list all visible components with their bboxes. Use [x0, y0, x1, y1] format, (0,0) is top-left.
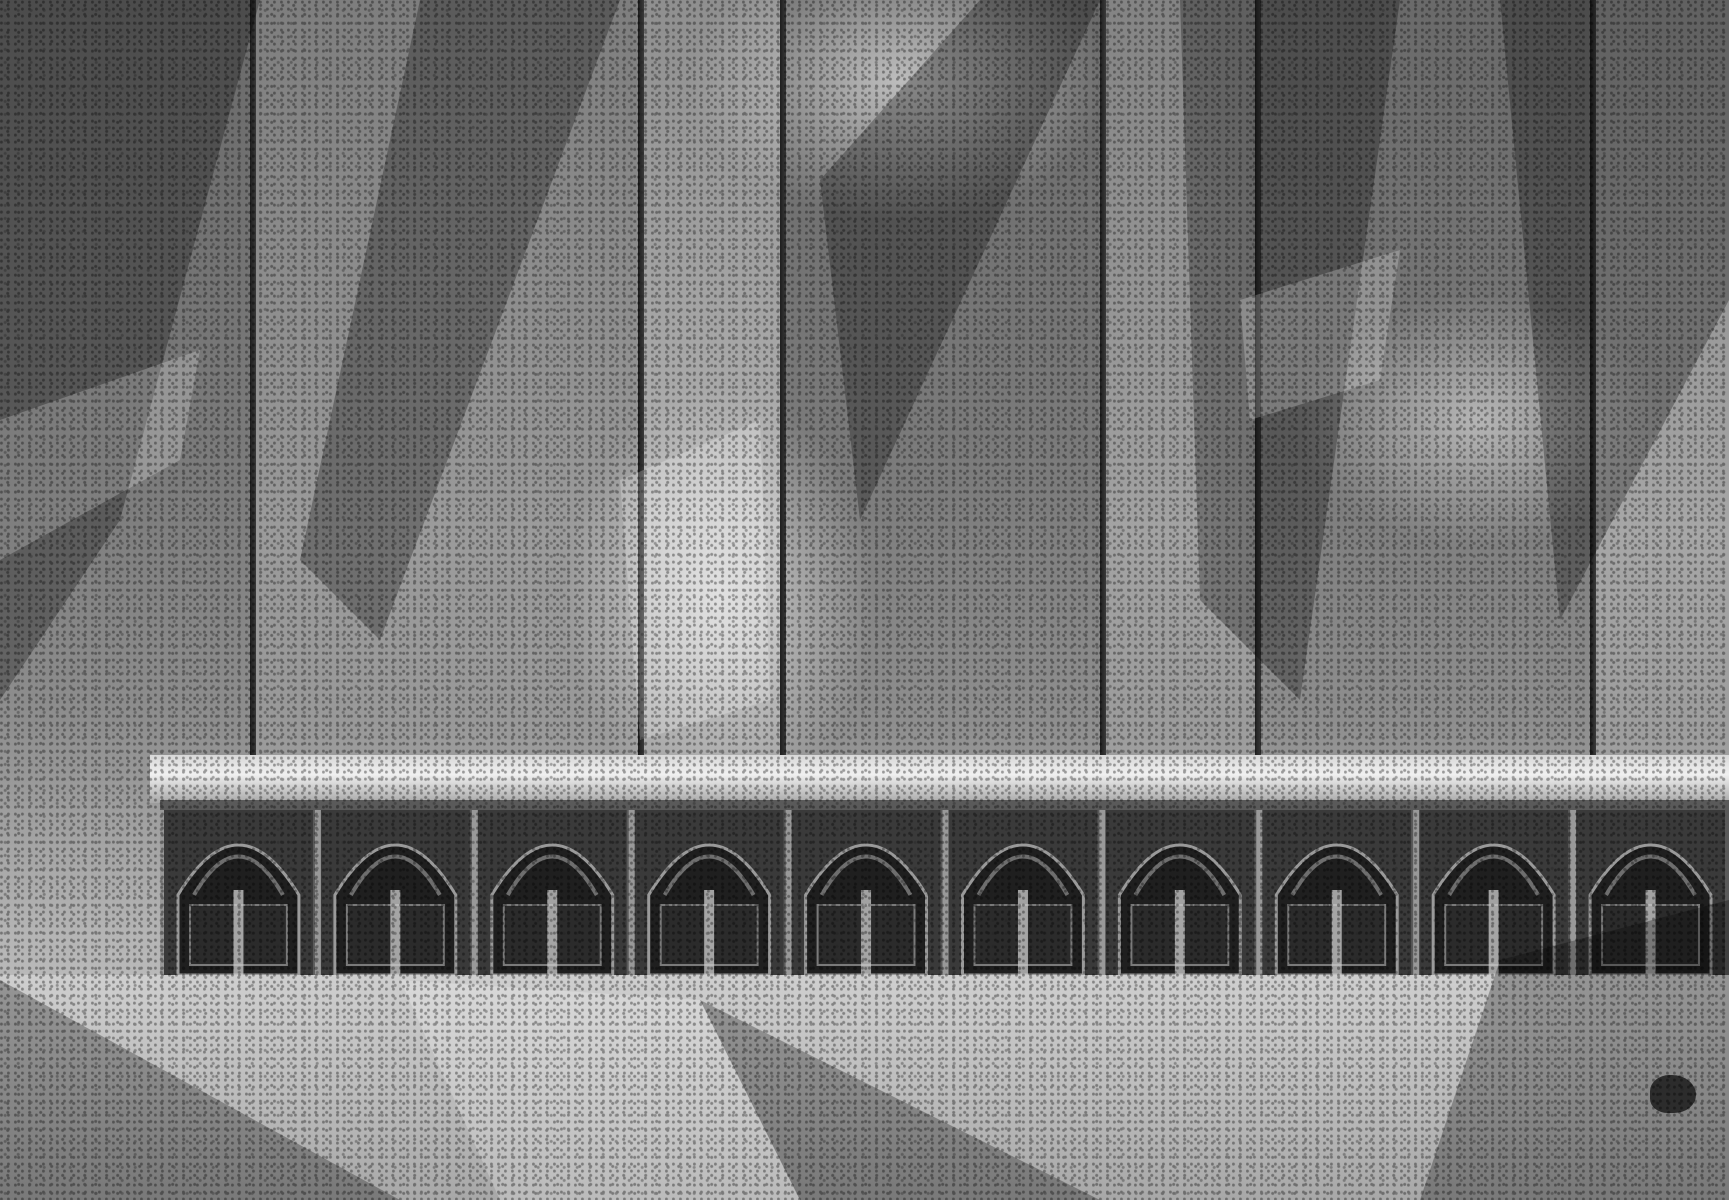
wall-groove: [1255, 0, 1261, 760]
pilaster-center-right: [1105, 0, 1255, 760]
dark-stain: [1650, 1075, 1696, 1113]
pilaster-right: [1590, 0, 1729, 760]
wall-groove: [250, 0, 256, 760]
carved-arcade-frieze: [160, 800, 1729, 980]
stone-ledge: [150, 755, 1729, 803]
stone-wall-photograph: [0, 0, 1729, 1200]
wall-groove: [1100, 0, 1106, 760]
pilaster-center: [640, 0, 780, 760]
lower-wall: [0, 975, 1729, 1200]
wall-groove: [1590, 0, 1596, 760]
wall-groove: [780, 0, 786, 760]
wall-groove: [638, 0, 644, 760]
pilaster-left: [255, 0, 640, 760]
